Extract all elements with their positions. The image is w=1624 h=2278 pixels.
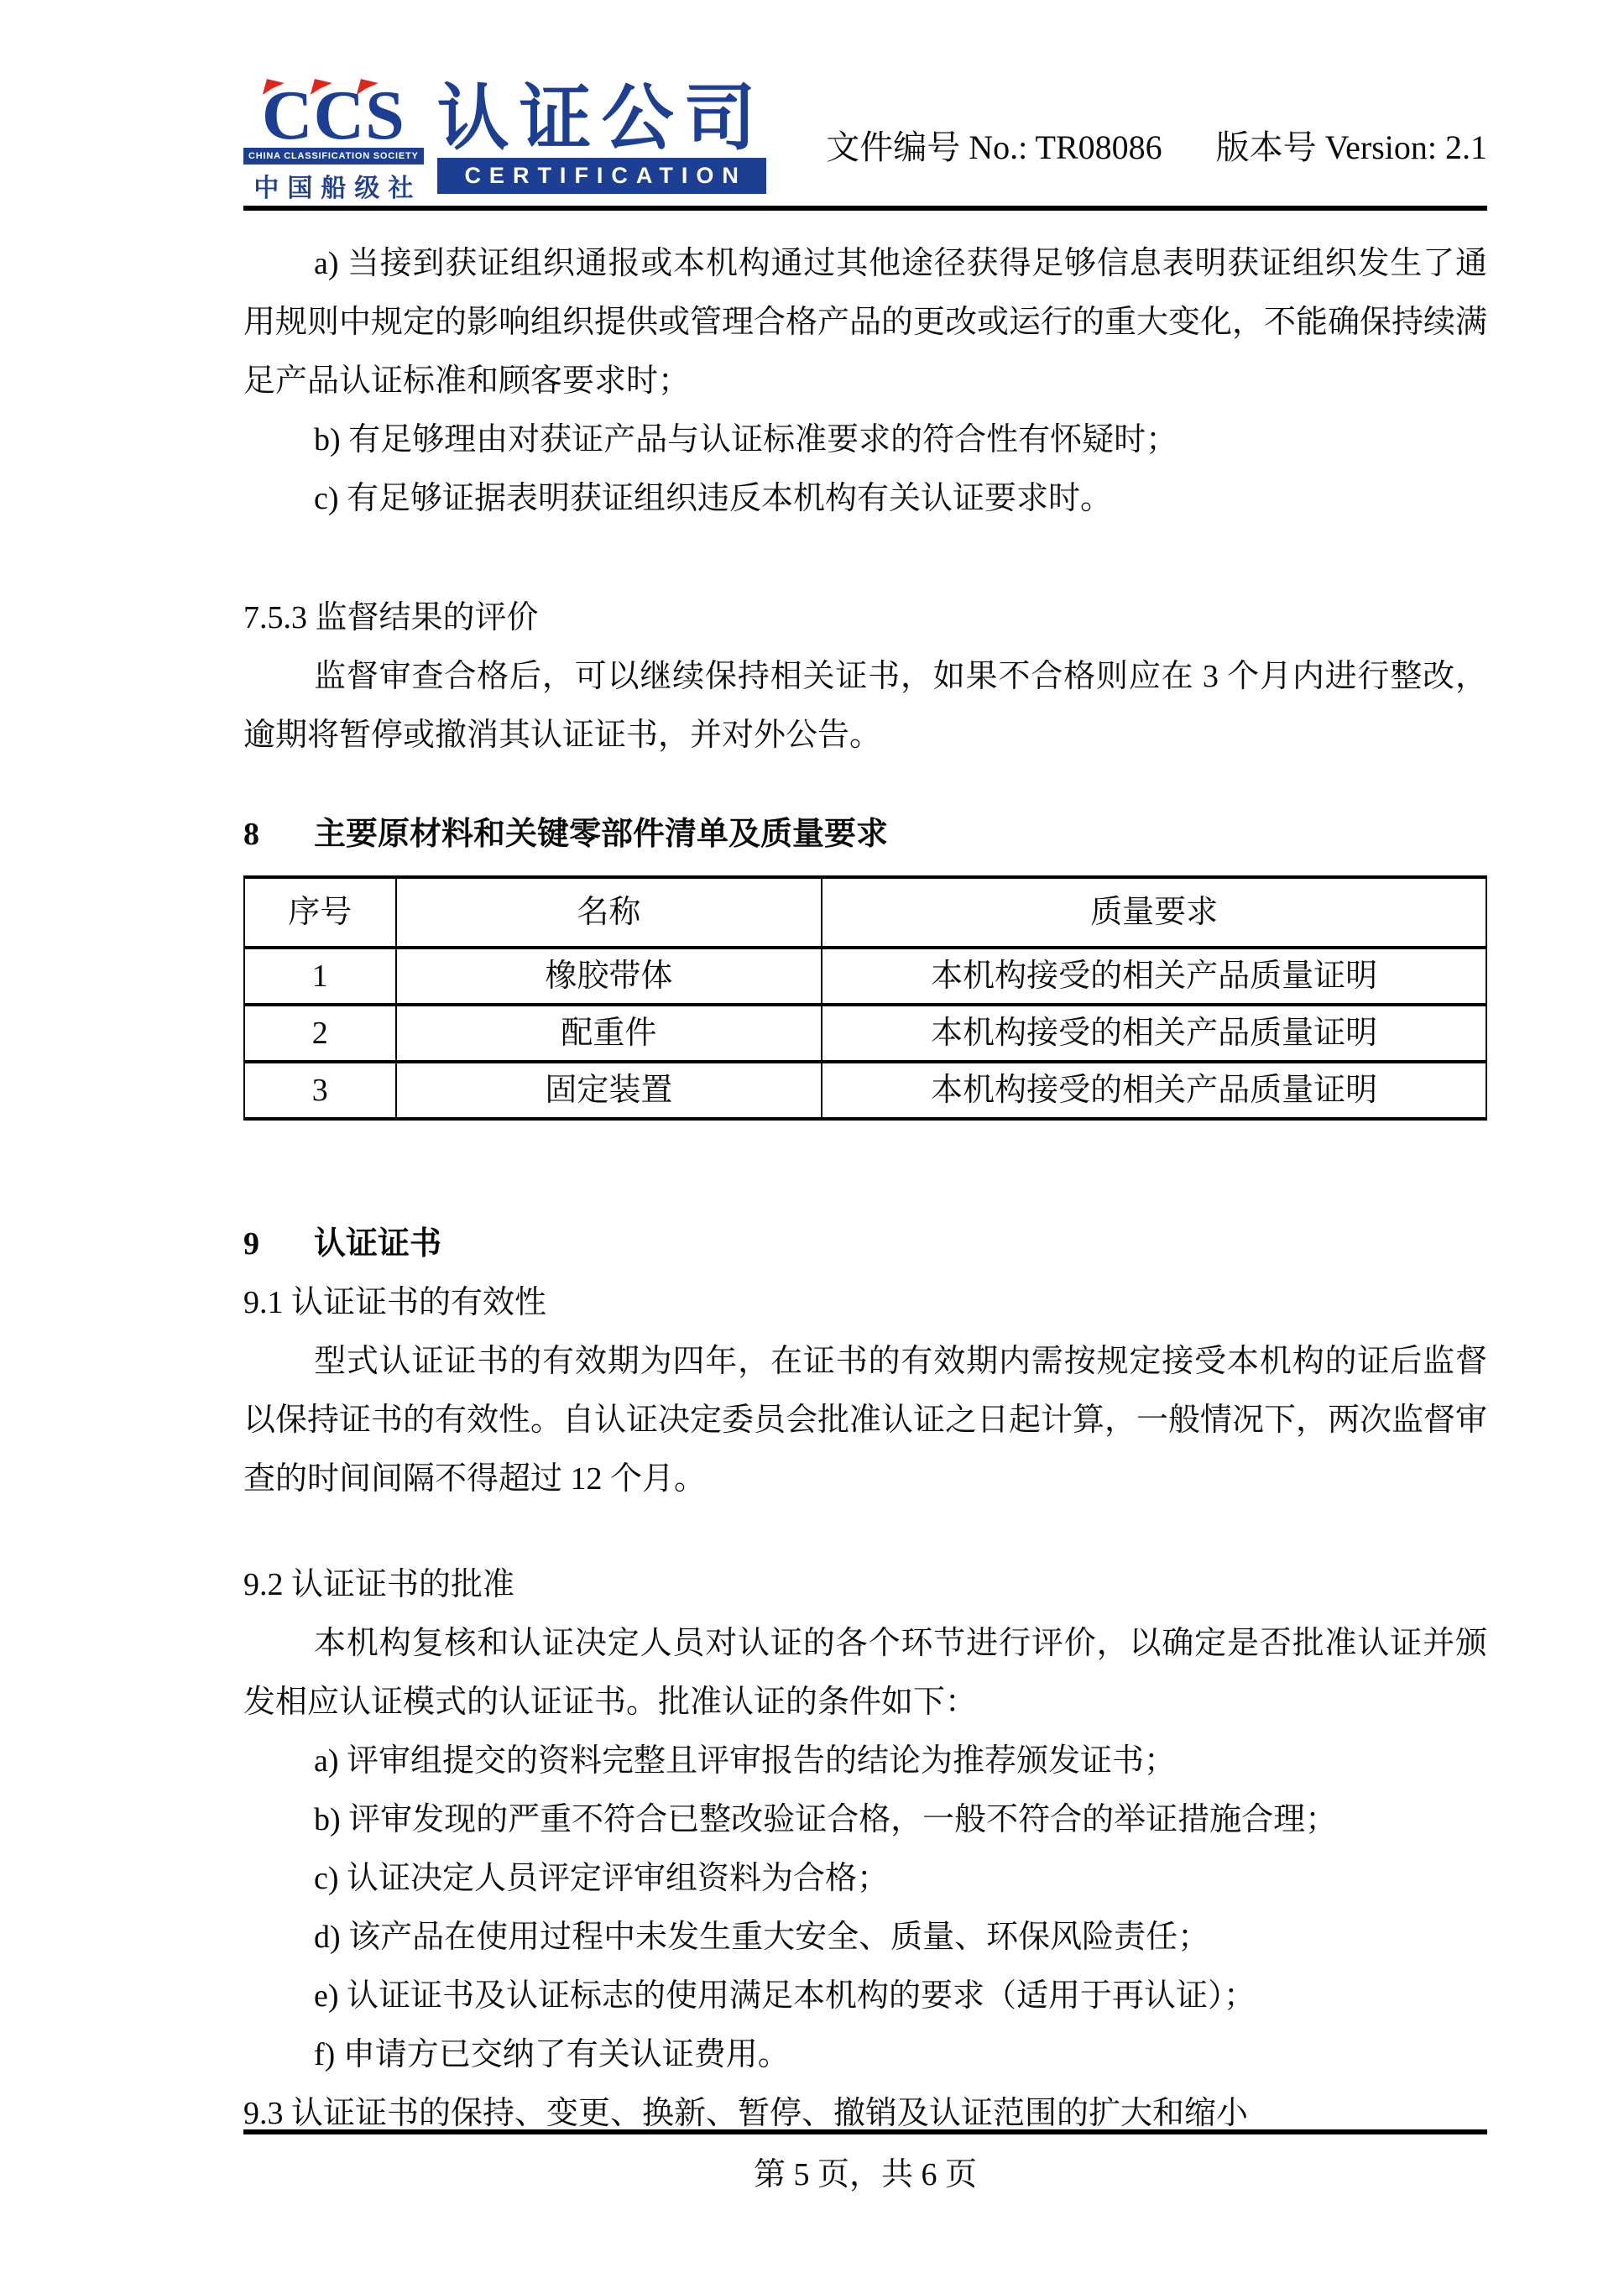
table-header-row: 序号 名称 质量要求 xyxy=(244,877,1486,948)
ccs-society-zh: 中国船级社 xyxy=(245,167,421,204)
section-8-number: 8 xyxy=(243,805,314,864)
clause-c: c) 有足够证据表明获证组织违反本机构有关认证要求时。 xyxy=(243,469,1487,528)
section-8-heading: 8主要原材料和关键零部件清单及质量要求 xyxy=(243,805,1487,864)
table-row: 2 配重件 本机构接受的相关产品质量证明 xyxy=(244,1005,1486,1062)
clause-a: a) 当接到获证组织通报或本机构通过其他途径获得足够信息表明获证组织发生了通用规… xyxy=(243,234,1487,410)
page-footer: 第 5 页，共 6 页 xyxy=(243,2129,1487,2194)
section-9-2-heading: 9.2 认证证书的批准 xyxy=(243,1555,1487,1614)
approval-condition-d: d) 该产品在使用过程中未发生重大安全、质量、环保风险责任； xyxy=(243,1908,1487,1967)
section-9-title: 认证证书 xyxy=(314,1226,441,1262)
cell-index: 2 xyxy=(244,1005,396,1062)
approval-condition-e: e) 认证证书及认证标志的使用满足本机构的要求（适用于再认证）； xyxy=(243,1967,1487,2025)
approval-condition-f: f) 申请方已交纳了有关认证费用。 xyxy=(243,2025,1487,2084)
ccs-logo: CCS CHINA CLASSIFICATION SOCIETY 中国船级社 认… xyxy=(243,86,766,204)
document-body: a) 当接到获证组织通报或本机构通过其他途径获得足够信息表明获证组织发生了通用规… xyxy=(243,234,1487,2143)
cell-name: 配重件 xyxy=(396,1005,822,1062)
section-9-1-paragraph: 型式认证证书的有效期为四年，在证书的有效期内需按规定接受本机构的证后监督以保持证… xyxy=(243,1332,1487,1508)
version-number: 版本号 Version: 2.1 xyxy=(1216,128,1487,166)
cell-quality: 本机构接受的相关产品质量证明 xyxy=(822,1062,1486,1119)
page-header: CCS CHINA CLASSIFICATION SOCIETY 中国船级社 认… xyxy=(243,0,1487,211)
section-7-5-3-paragraph: 监督审查合格后，可以继续保持相关证书，如果不合格则应在 3 个月内进行整改，逾期… xyxy=(243,647,1487,765)
cell-quality: 本机构接受的相关产品质量证明 xyxy=(822,1005,1486,1062)
clause-b: b) 有足够理由对获证产品与认证标准要求的符合性有怀疑时； xyxy=(243,410,1487,469)
section-7-5-3-heading: 7.5.3 监督结果的评价 xyxy=(243,588,1487,647)
ccs-letters-text: CCS xyxy=(262,76,405,154)
doc-meta: 文件编号 No.: TR08086版本号 Version: 2.1 xyxy=(826,121,1487,204)
col-header-quality: 质量要求 xyxy=(822,877,1486,948)
ccs-logo-right: 认证公司 CERTIFICATION xyxy=(437,86,766,194)
section-9-1-heading: 9.1 认证证书的有效性 xyxy=(243,1273,1487,1332)
cell-name: 橡胶带体 xyxy=(396,948,822,1005)
section-9-number: 9 xyxy=(243,1215,314,1273)
company-name-zh: 认证公司 xyxy=(437,86,766,151)
approval-condition-a: a) 评审组提交的资料完整且评审报告的结论为推荐颁发证书； xyxy=(243,1732,1487,1790)
col-header-name: 名称 xyxy=(396,877,822,948)
certification-bar: CERTIFICATION xyxy=(437,158,766,194)
cell-name: 固定装置 xyxy=(396,1062,822,1119)
page-number: 第 5 页，共 6 页 xyxy=(754,2157,977,2192)
materials-table: 序号 名称 质量要求 1 橡胶带体 本机构接受的相关产品质量证明 2 配重件 本… xyxy=(243,875,1487,1121)
ccs-logo-left: CCS CHINA CLASSIFICATION SOCIETY 中国船级社 xyxy=(243,86,424,204)
col-header-index: 序号 xyxy=(244,877,396,948)
section-9-heading: 9认证证书 xyxy=(243,1215,1487,1273)
table-row: 3 固定装置 本机构接受的相关产品质量证明 xyxy=(244,1062,1486,1119)
approval-condition-b: b) 评审发现的严重不符合已整改验证合格，一般不符合的举证措施合理； xyxy=(243,1790,1487,1849)
table-row: 1 橡胶带体 本机构接受的相关产品质量证明 xyxy=(244,948,1486,1005)
cell-index: 1 xyxy=(244,948,396,1005)
approval-condition-c: c) 认证决定人员评定评审组资料为合格； xyxy=(243,1849,1487,1908)
section-9-2-paragraph: 本机构复核和认证决定人员对认证的各个环节进行评价，以确定是否批准认证并颁发相应认… xyxy=(243,1614,1487,1732)
ccs-letters: CCS xyxy=(262,86,405,146)
cell-index: 3 xyxy=(244,1062,396,1119)
doc-number: 文件编号 No.: TR08086 xyxy=(826,128,1162,166)
cell-quality: 本机构接受的相关产品质量证明 xyxy=(822,948,1486,1005)
section-8-title: 主要原材料和关键零部件清单及质量要求 xyxy=(314,817,888,852)
